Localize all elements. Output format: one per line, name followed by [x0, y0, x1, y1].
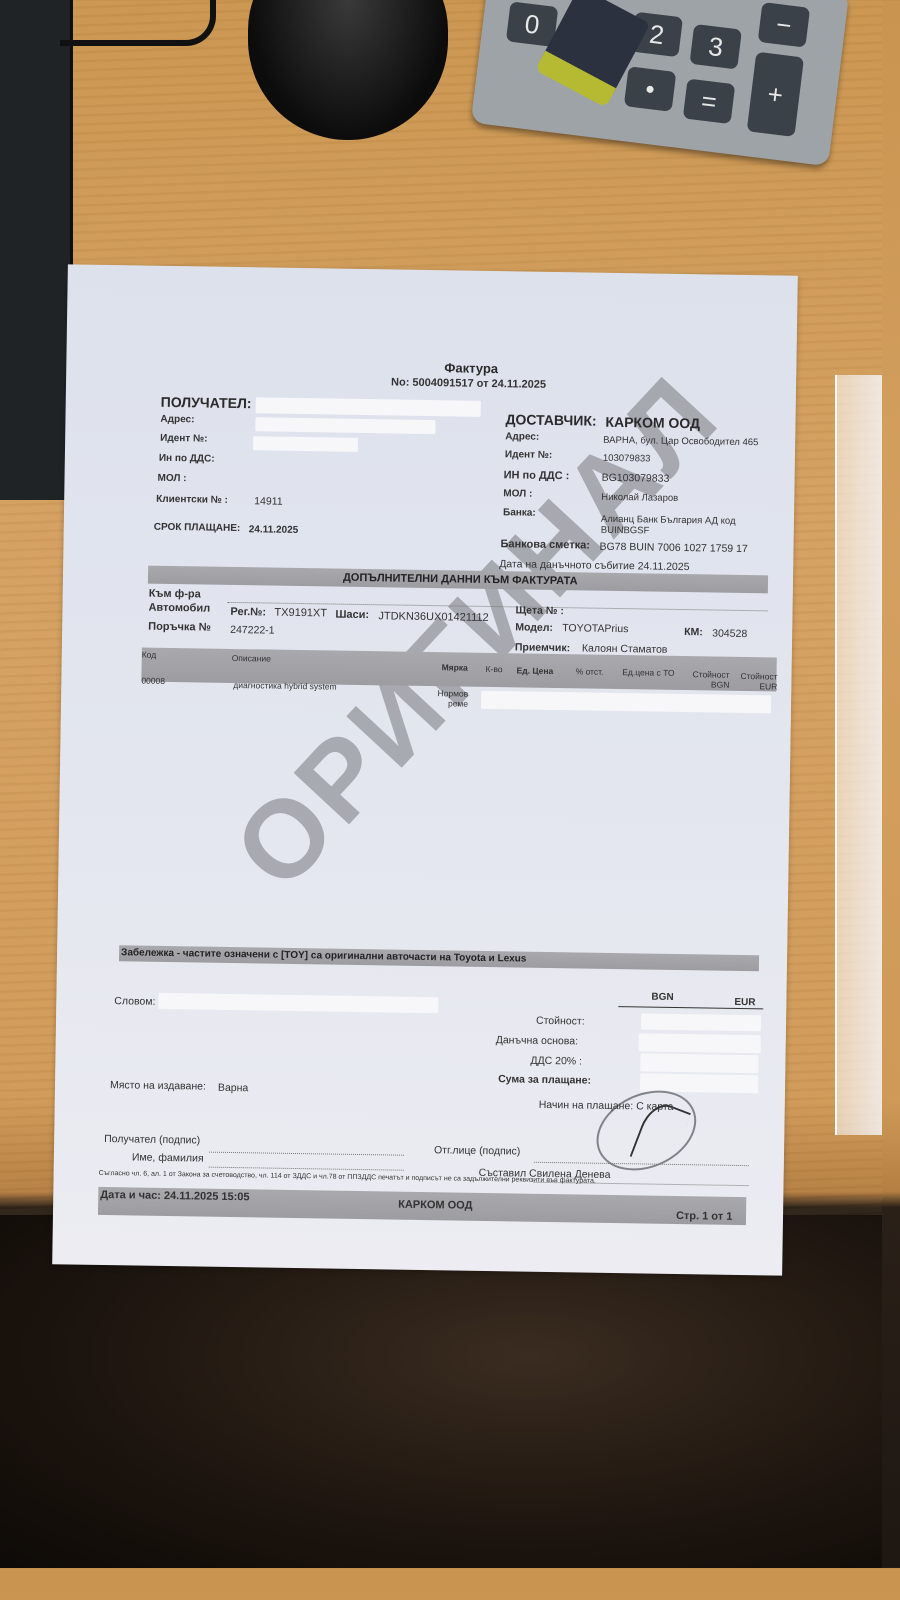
supplier-vat-label: ИН по ДДС : [504, 469, 570, 482]
chassis-label: Шаси: [335, 609, 369, 622]
col-code: Код [142, 650, 157, 660]
order-number: 247222-1 [230, 624, 275, 637]
currency-eur: EUR [734, 997, 755, 1008]
client-number-label: Клиентски № : [156, 494, 228, 506]
footer-company: КАРКОМ ООД [398, 1199, 472, 1212]
calc-key: • [624, 66, 677, 112]
currency-bgn: BGN [651, 992, 673, 1003]
receiver-label: Приемчик: [515, 641, 570, 654]
km-value: 304528 [712, 627, 747, 640]
invoice-number: No: 5004091517 от 24.11.2025 [391, 376, 546, 390]
usb-cable [60, 0, 216, 46]
words-label: Словом: [114, 995, 155, 1008]
supplier-ident-label: Идент №: [505, 449, 552, 461]
value-label: Стойност: [536, 1015, 585, 1028]
invoice-title: Фактура [444, 360, 498, 376]
supplier-bank-label: Банка: [503, 507, 536, 519]
row-unit: Нормов реме [436, 688, 468, 709]
supplier-mol-label: МОЛ : [503, 488, 532, 499]
recipient-ident-label: Идент №: [160, 433, 207, 445]
redacted-recipient-address [255, 417, 435, 434]
laptop-edge [0, 0, 73, 500]
supplier-address-label: Адрес: [505, 431, 539, 443]
to-invoice-label: Към ф-ра [149, 588, 201, 601]
col-price-with-discount: Ед.цена с ТО [619, 667, 674, 678]
redacted-words [158, 993, 438, 1013]
note-band: Забележка - частите означени с [TOY] са … [119, 945, 759, 971]
note-text: Забележка - частите означени с [TOY] са … [121, 947, 526, 964]
reg-number: TX9191XT [274, 607, 327, 620]
footer-band: Дата и час: 24.11.2025 15:05 КАРКОМ ООД … [98, 1187, 746, 1225]
supplier-account-label: Банкова сметка: [500, 538, 590, 551]
redacted-recipient-name [256, 397, 481, 417]
client-number: 14911 [254, 495, 283, 507]
model-value: TOYOTAPrius [562, 622, 628, 635]
order-label: Поръчка № [148, 621, 211, 634]
model-label: Модел: [515, 621, 553, 634]
row-description: диагностика hybrid system [233, 680, 336, 692]
recipient-vat-label: Ин по ДДС: [159, 453, 215, 465]
col-unit-price: Ед. Цена [516, 665, 553, 676]
calc-key: − [758, 2, 811, 48]
recipient-sign-label: Получател (подпис) [104, 1133, 200, 1147]
redacted-vat [640, 1053, 758, 1073]
footer-page: Стр. 1 от 1 [676, 1210, 733, 1223]
vat-label: ДДС 20% : [530, 1055, 582, 1068]
supplier-heading: ДОСТАВЧИК: [505, 411, 596, 428]
due-date-label: СРОК ПЛАЩАНЕ: [154, 522, 241, 534]
km-label: КМ: [684, 626, 703, 638]
col-description: Описание [232, 653, 271, 664]
name-label: Име, фамилия [132, 1151, 204, 1164]
responsible-sign-label: Отг.лице (подпис) [434, 1144, 520, 1157]
total-label: Сума за плащане: [498, 1073, 591, 1086]
row-code: 00008 [141, 676, 165, 686]
invoice-paper: ОРИГИНАЛ Фактура No: 5004091517 от 24.11… [52, 264, 798, 1275]
col-value-eur: Стойност EUR [737, 671, 777, 692]
calc-key: = [683, 79, 736, 125]
supplier-account: BG78 BUIN 7006 1027 1759 17 [599, 541, 747, 555]
col-discount: % отст. [574, 666, 604, 676]
calc-key: + [747, 52, 804, 137]
reg-label: Рег.№: [230, 606, 266, 619]
supplier-vat: BG103079833 [602, 472, 670, 485]
supplier-name: КАРКОМ ООД [605, 414, 700, 431]
recipient-mol-label: МОЛ : [157, 473, 186, 484]
place-label: Място на издаване: [110, 1079, 206, 1093]
recipient-heading: ПОЛУЧАТЕЛ: [161, 394, 252, 411]
calc-key: 3 [689, 24, 742, 70]
chassis-number: JTDKN36UX01421112 [378, 610, 488, 624]
extra-data-title: ДОПЪЛНИТЕЛНИ ДАННИ КЪМ ФАКТУРАТА [343, 572, 578, 588]
place-value: Варна [218, 1082, 249, 1094]
due-date: 24.11.2025 [249, 524, 299, 536]
supplier-mol: Николай Лазаров [601, 492, 678, 504]
redacted-row-values [481, 691, 771, 714]
tax-base-label: Данъчна основа: [496, 1034, 578, 1047]
account-no-label: Щета № : [515, 604, 564, 617]
col-value-bgn: Стойност BGN [681, 669, 729, 690]
recipient-address-label: Адрес: [160, 414, 194, 426]
car-label: Автомобил [148, 602, 210, 615]
col-unit: Мярка [442, 662, 468, 672]
redacted-tax-base [639, 1033, 761, 1053]
supplier-bank-code: BUINBGSF [601, 525, 650, 537]
plastic-sleeve [835, 375, 882, 1135]
footer-datetime: Дата и час: 24.11.2025 15:05 [100, 1189, 249, 1203]
redacted-value [641, 1013, 761, 1031]
supplier-ident: 103079833 [603, 453, 651, 465]
col-qty: К-во [486, 664, 503, 674]
redacted-recipient-ident [253, 436, 358, 452]
